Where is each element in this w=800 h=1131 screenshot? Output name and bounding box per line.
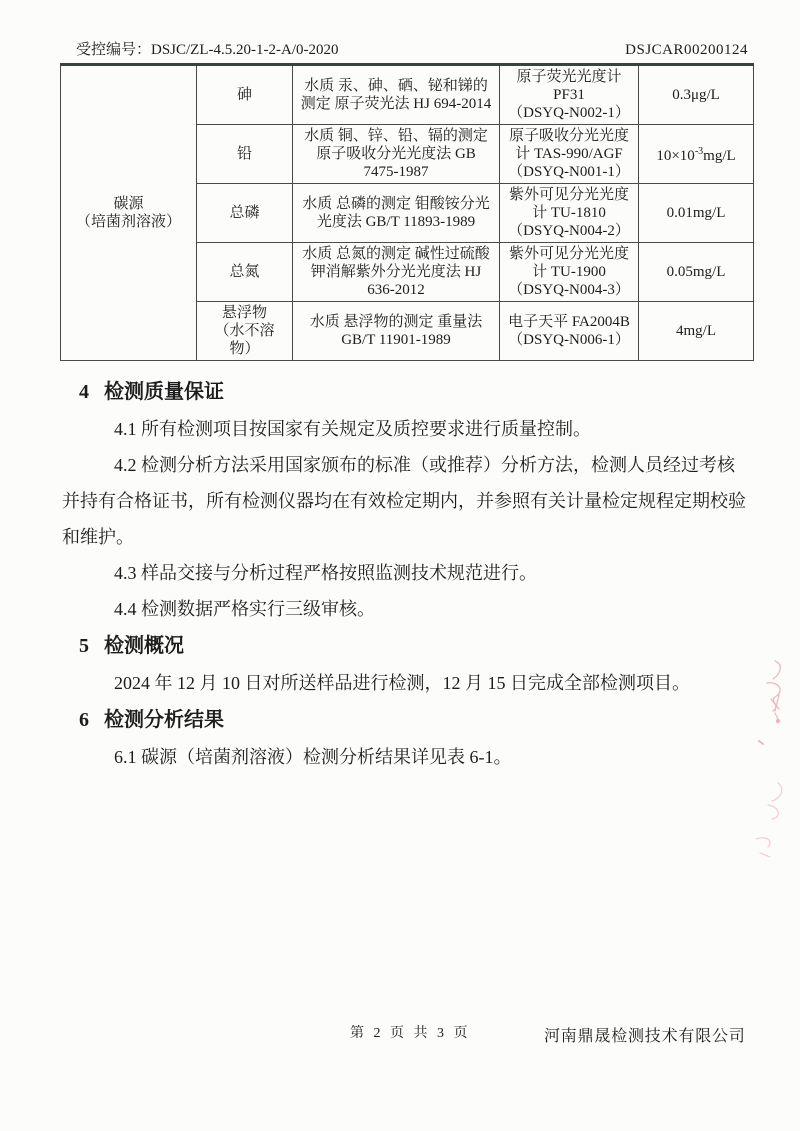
param-cell: 悬浮物（水不溶物） (197, 302, 293, 361)
method-cell: 水质 铜、锌、铅、镉的测定 原子吸收分光光度法 GB 7475-1987 (293, 125, 500, 184)
paragraph-4-4: 4.4 检测数据严格实行三级审核。 (62, 591, 748, 627)
instrument-cell: 原子吸收分光光度计 TAS-990/AGF（DSYQ-N001-1） (500, 125, 639, 184)
table-row: 碳源（培菌剂溶液） 砷 水质 汞、砷、硒、铋和锑的测定 原子荧光法 HJ 694… (61, 65, 754, 125)
section-heading-5: 5检测概况 (62, 627, 748, 665)
sample-name-cell: 碳源（培菌剂溶液） (61, 65, 197, 361)
paragraph-4-2: 4.2 检测分析方法采用国家颁布的标准（或推荐）分析方法，检测人员经过考核并持有… (62, 447, 748, 555)
section-number: 6 (79, 709, 89, 731)
paragraph-4-1: 4.1 所有检测项目按国家有关规定及质控要求进行质量控制。 (62, 411, 748, 447)
limit-cell: 0.3μg/L (639, 65, 754, 125)
document-page: 受控编号：DSJC/ZL-4.5.20-1-2-A/0-2020 DSJCAR0… (0, 0, 800, 1131)
method-cell: 水质 汞、砷、硒、铋和锑的测定 原子荧光法 HJ 694-2014 (293, 65, 500, 125)
param-cell: 砷 (197, 65, 293, 125)
method-cell: 水质 总磷的测定 钼酸铵分光光度法 GB/T 11893-1989 (293, 184, 500, 243)
section-heading-6: 6检测分析结果 (62, 701, 748, 739)
page-header: 受控编号：DSJC/ZL-4.5.20-1-2-A/0-2020 DSJCAR0… (0, 0, 800, 63)
stamp-residue-icon (745, 655, 797, 770)
limit-base: 10×10 (656, 148, 694, 164)
company-name: 河南鼎晟检测技术有限公司 (544, 1023, 746, 1046)
method-cell: 水质 总氮的测定 碱性过硫酸钾消解紫外分光光度法 HJ 636-2012 (293, 243, 500, 302)
limit-cell: 0.01mg/L (639, 184, 754, 243)
limit-cell: 10×10-3mg/L (639, 125, 754, 184)
stamp-residue-icon (738, 775, 796, 870)
section-number: 5 (79, 635, 89, 657)
method-spec-table: 碳源（培菌剂溶液） 砷 水质 汞、砷、硒、铋和锑的测定 原子荧光法 HJ 694… (60, 63, 754, 361)
param-cell: 总氮 (197, 243, 293, 302)
document-body: 4检测质量保证 4.1 所有检测项目按国家有关规定及质控要求进行质量控制。 4.… (62, 373, 748, 775)
section-number: 4 (79, 381, 89, 403)
paragraph-6-1: 6.1 碳源（培菌剂溶液）检测分析结果详见表 6-1。 (62, 739, 748, 775)
limit-unit: mg/L (703, 148, 736, 164)
paragraph-5-1: 2024 年 12 月 10 日对所送样品进行检测，12 月 15 日完成全部检… (62, 665, 748, 701)
instrument-cell: 电子天平 FA2004B（DSYQ-N006-1） (500, 302, 639, 361)
section-title: 检测分析结果 (104, 709, 224, 731)
param-cell: 总磷 (197, 184, 293, 243)
page-number: 第 2 页 共 3 页 (350, 1022, 471, 1042)
section-heading-4: 4检测质量保证 (62, 373, 748, 411)
control-number: 受控编号：DSJC/ZL-4.5.20-1-2-A/0-2020 (76, 41, 339, 59)
section-title: 检测概况 (104, 635, 184, 657)
paragraph-4-3: 4.3 样品交接与分析过程严格按照监测技术规范进行。 (62, 555, 748, 591)
instrument-cell: 紫外可见分光光度计 TU-1900（DSYQ-N004-3） (500, 243, 639, 302)
report-code: DSJCAR00200124 (625, 41, 748, 59)
method-cell: 水质 悬浮物的测定 重量法 GB/T 11901-1989 (293, 302, 500, 361)
instrument-cell: 原子荧光光度计PF31（DSYQ-N002-1） (500, 65, 639, 125)
section-title: 检测质量保证 (104, 381, 224, 403)
instrument-cell: 紫外可见分光光度计 TU-1810（DSYQ-N004-2） (500, 184, 639, 243)
limit-exponent: -3 (695, 146, 703, 157)
limit-cell: 0.05mg/L (639, 243, 754, 302)
limit-cell: 4mg/L (639, 302, 754, 361)
param-cell: 铅 (197, 125, 293, 184)
